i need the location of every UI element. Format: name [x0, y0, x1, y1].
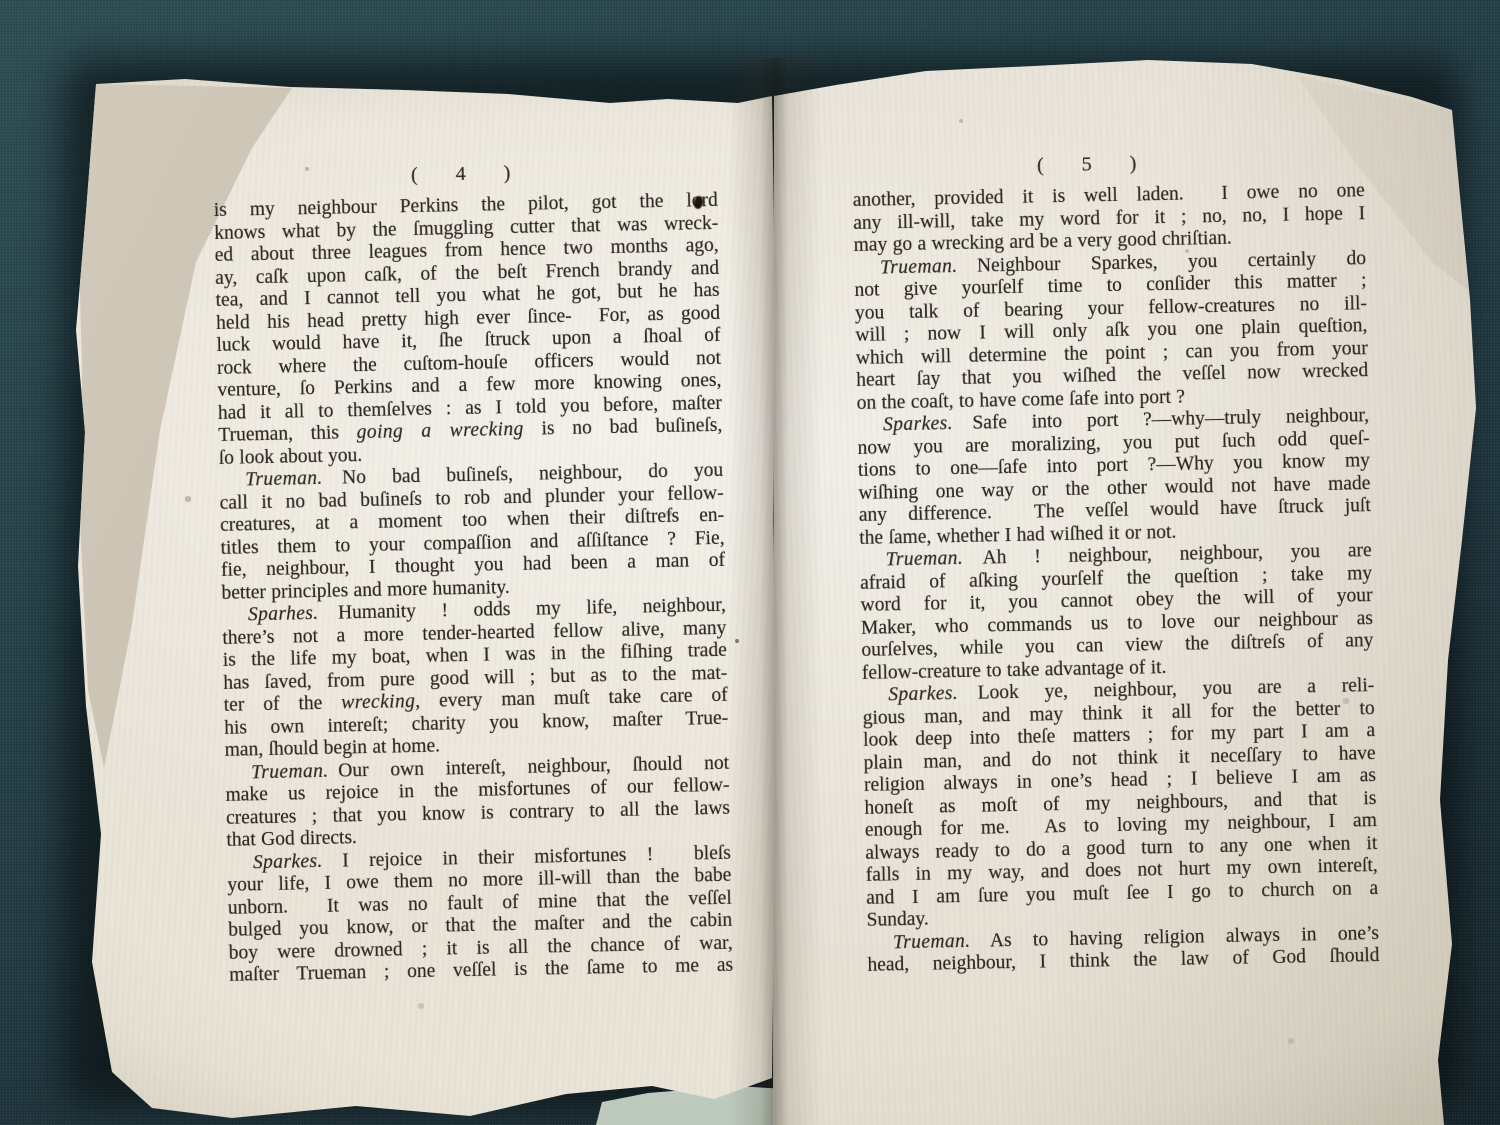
gutter-shadow	[728, 58, 822, 1125]
right-page-lines: another, provided it is well laden. I ow…	[853, 180, 1380, 977]
right-page-text: ( 5 ) another, provided it is well laden…	[852, 148, 1380, 977]
photo-backdrop: ( 4 ) is my neighbour Perkins the pilot,…	[0, 0, 1500, 1125]
left-page-text: ( 4 ) is my neighbour Perkins the pilot,…	[213, 158, 733, 987]
foxing-specks	[0, 0, 2, 2]
left-page-lines: is my neighbour Perkins the pilot, got t…	[214, 190, 734, 987]
